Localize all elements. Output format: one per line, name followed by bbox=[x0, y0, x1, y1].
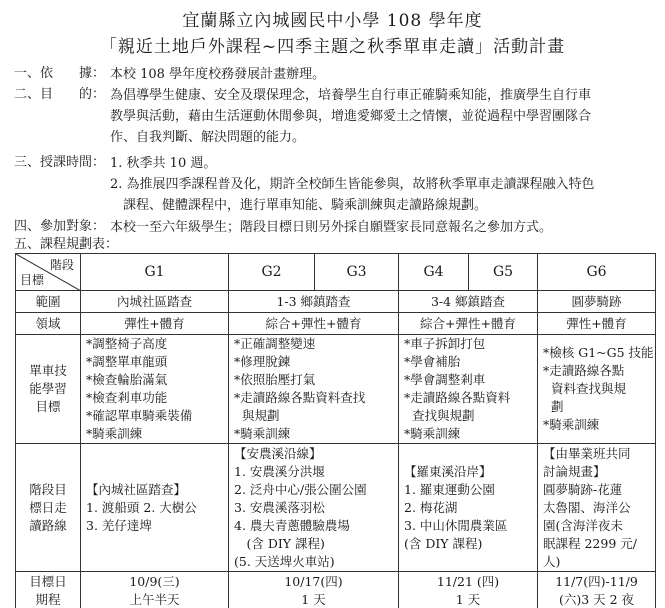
list-item: (含 DIY 課程) bbox=[404, 535, 537, 553]
list-item: 圓夢騎跡-花蓮 bbox=[543, 481, 655, 499]
section-course-plan-label: 五、課程規劃表： bbox=[14, 235, 118, 255]
list-item: 人) bbox=[543, 553, 655, 571]
list-item: 1. 渡船頭 2. 大樹公 bbox=[86, 499, 228, 517]
course-plan-table: 階段 目標 G1 G2 G3 G4 G5 G6 範圍 內城社區踏查 1-3 鄉鎮… bbox=[15, 253, 656, 608]
dates-g2-g3: 10/17(四) 1 天 bbox=[229, 572, 399, 608]
domain-g4-g5: 綜合+彈性+體育 bbox=[399, 313, 538, 335]
skills-g2-g3: *正確調整變速 *修理脫鍊 *依照胎壓打氣 *走讀路線各點資料查找 與規劃 *騎… bbox=[229, 335, 399, 444]
corner-goal-label: 目標 bbox=[20, 271, 44, 289]
scope-g1: 內城社區踏查 bbox=[81, 291, 229, 313]
list-item: 討論規畫】 bbox=[543, 463, 655, 481]
list-item: *騎乘訓練 bbox=[86, 425, 228, 443]
list-item: 2. 泛舟中心/張公圍公園 bbox=[234, 481, 398, 499]
scope-label: 範圍 bbox=[16, 291, 81, 313]
dates-g1: 10/9(三) 上午半天 bbox=[81, 572, 229, 608]
list-item: *調整椅子高度 bbox=[86, 335, 228, 353]
list-item: *學會補胎 bbox=[404, 353, 537, 371]
list-item: 【內城社區踏查】 bbox=[86, 481, 228, 499]
list-item: 與規劃 bbox=[234, 407, 398, 425]
list-item: *檢核 G1~G5 技能 bbox=[543, 344, 655, 362]
list-item: 【羅東溪沿岸】 bbox=[404, 463, 537, 481]
grade-g5: G5 bbox=[469, 254, 538, 291]
section-purpose-text: 為倡導學生健康、安全及環保理念，培養學生自行車正確騎乘知能，推廣學生自行車 教學… bbox=[110, 85, 655, 148]
list-item: *騎乘訓練 bbox=[543, 416, 655, 434]
list-item: *調整單車龍頭 bbox=[86, 353, 228, 371]
section-basis-text: 本校 108 學年度校務發展計畫辦理。 bbox=[110, 64, 655, 85]
domain-g1: 彈性+體育 bbox=[81, 313, 229, 335]
skills-g6: *檢核 G1~G5 技能 *走讀路線各點 資料查找與規 劃 *騎乘訓練 bbox=[538, 335, 656, 444]
list-item: *走讀路線各點 bbox=[543, 362, 655, 380]
list-item: *學會調整剎車 bbox=[404, 371, 537, 389]
list-item: 3. 羌仔達埤 bbox=[86, 517, 228, 535]
list-item: (5. 天送埤火車站) bbox=[234, 553, 398, 571]
list-item: 3. 安農溪落羽松 bbox=[234, 499, 398, 517]
table-row-skills: 單車技 能學習 目標 *調整椅子高度 *調整單車龍頭 *檢查輪胎滿氣 *檢查剎車… bbox=[16, 335, 656, 444]
scope-g2-g3: 1-3 鄉鎮踏查 bbox=[229, 291, 399, 313]
list-item: 園(含海洋夜未 bbox=[543, 517, 655, 535]
list-item: 4. 農夫青蔥體驗農場 bbox=[234, 517, 398, 535]
table-row-scope: 範圍 內城社區踏查 1-3 鄉鎮踏查 3-4 鄉鎮踏查 圓夢騎跡 bbox=[16, 291, 656, 313]
section-basis-label: 一、依 據： bbox=[14, 64, 105, 84]
list-item: *確認單車騎乘裝備 bbox=[86, 407, 228, 425]
list-item: *檢查輪胎滿氣 bbox=[86, 371, 228, 389]
list-item: *車子拆卸打包 bbox=[404, 335, 537, 353]
table-row-dates: 目標日 期程 10/9(三) 上午半天 10/17(四) 1 天 11/21 (… bbox=[16, 572, 656, 608]
document-title-line2: 「親近土地戶外課程~四季主題之秋季單車走讀」活動計畫 bbox=[0, 36, 665, 58]
list-item: *依照胎壓打氣 bbox=[234, 371, 398, 389]
scope-g6: 圓夢騎跡 bbox=[538, 291, 656, 313]
skills-g1: *調整椅子高度 *調整單車龍頭 *檢查輪胎滿氣 *檢查剎車功能 *確認單車騎乘裝… bbox=[81, 335, 229, 444]
list-item: 【安農溪沿線】 bbox=[234, 445, 398, 463]
dates-g4-g5: 11/21 (四) 1 天 bbox=[399, 572, 538, 608]
list-item: *修理脫鍊 bbox=[234, 353, 398, 371]
section-participants-text: 本校一至六年級學生；階段目標日則另外採自願暨家長同意報名之參加方式。 bbox=[110, 217, 655, 238]
list-item: 1. 羅東運動公園 bbox=[404, 481, 537, 499]
list-item: *騎乘訓練 bbox=[404, 425, 537, 443]
corner-stage-label: 階段 bbox=[50, 256, 74, 274]
dates-g6: 11/7(四)-11/9 (六)3 天 2 夜 bbox=[538, 572, 656, 608]
domain-g6: 彈性+體育 bbox=[538, 313, 656, 335]
skills-g4-g5: *車子拆卸打包 *學會補胎 *學會調整剎車 *走讀路線各點資料 查找與規劃 *騎… bbox=[399, 335, 538, 444]
document-title-line1: 宜蘭縣立內城國民中小學 108 學年度 bbox=[0, 10, 665, 32]
routes-label: 階段目 標日走 讀路線 bbox=[16, 444, 81, 572]
list-item: 太魯閣、海洋公 bbox=[543, 499, 655, 517]
section-schedule-text: 1. 秋季共 10 週。 2. 為推展四季課程普及化，期許全校師生皆能參與，故將… bbox=[110, 153, 655, 216]
list-item: *檢查剎車功能 bbox=[86, 389, 228, 407]
skills-label: 單車技 能學習 目標 bbox=[16, 335, 81, 444]
section-purpose-label: 二、目 的： bbox=[14, 85, 105, 105]
list-item: 眠課程 2299 元/ bbox=[543, 535, 655, 553]
grade-g2: G2 bbox=[229, 254, 315, 291]
section-participants-label: 四、參加對象： bbox=[14, 217, 105, 237]
list-item: *走讀路線各點資料 bbox=[404, 389, 537, 407]
dates-label: 目標日 期程 bbox=[16, 572, 81, 608]
routes-g1: 【內城社區踏查】 1. 渡船頭 2. 大樹公 3. 羌仔達埤 bbox=[81, 444, 229, 572]
table-row-routes: 階段目 標日走 讀路線 【內城社區踏查】 1. 渡船頭 2. 大樹公 3. 羌仔… bbox=[16, 444, 656, 572]
scope-g4-g5: 3-4 鄉鎮踏查 bbox=[399, 291, 538, 313]
table-row-domain: 領域 彈性+體育 綜合+彈性+體育 綜合+彈性+體育 彈性+體育 bbox=[16, 313, 656, 335]
grade-g4: G4 bbox=[399, 254, 469, 291]
corner-cell: 階段 目標 bbox=[16, 254, 81, 291]
list-item: 資料查找與規 bbox=[543, 380, 655, 398]
list-item: 2. 梅花湖 bbox=[404, 499, 537, 517]
section-schedule-label: 三、授課時間： bbox=[14, 153, 105, 173]
routes-g4-g5: 【羅東溪沿岸】 1. 羅東運動公園 2. 梅花湖 3. 中山休閒農業區 (含 D… bbox=[399, 444, 538, 572]
grade-g3: G3 bbox=[315, 254, 399, 291]
list-item: 【由畢業班共同 bbox=[543, 445, 655, 463]
routes-g6: 【由畢業班共同 討論規畫】 圓夢騎跡-花蓮 太魯閣、海洋公 園(含海洋夜未 眠課… bbox=[538, 444, 656, 572]
list-item: 3. 中山休閒農業區 bbox=[404, 517, 537, 535]
list-item: *走讀路線各點資料查找 bbox=[234, 389, 398, 407]
list-item: *正確調整變速 bbox=[234, 335, 398, 353]
list-item: 查找與規劃 bbox=[404, 407, 537, 425]
list-item: (含 DIY 課程) bbox=[234, 535, 398, 553]
grade-g6: G6 bbox=[538, 254, 656, 291]
list-item: 1. 安農溪分洪堰 bbox=[234, 463, 398, 481]
list-item: *騎乘訓練 bbox=[234, 425, 398, 443]
list-item: 劃 bbox=[543, 398, 655, 416]
domain-g2-g3: 綜合+彈性+體育 bbox=[229, 313, 399, 335]
grade-g1: G1 bbox=[81, 254, 229, 291]
routes-g2-g3: 【安農溪沿線】 1. 安農溪分洪堰 2. 泛舟中心/張公圍公園 3. 安農溪落羽… bbox=[229, 444, 399, 572]
table-header-row: 階段 目標 G1 G2 G3 G4 G5 G6 bbox=[16, 254, 656, 291]
domain-label: 領域 bbox=[16, 313, 81, 335]
